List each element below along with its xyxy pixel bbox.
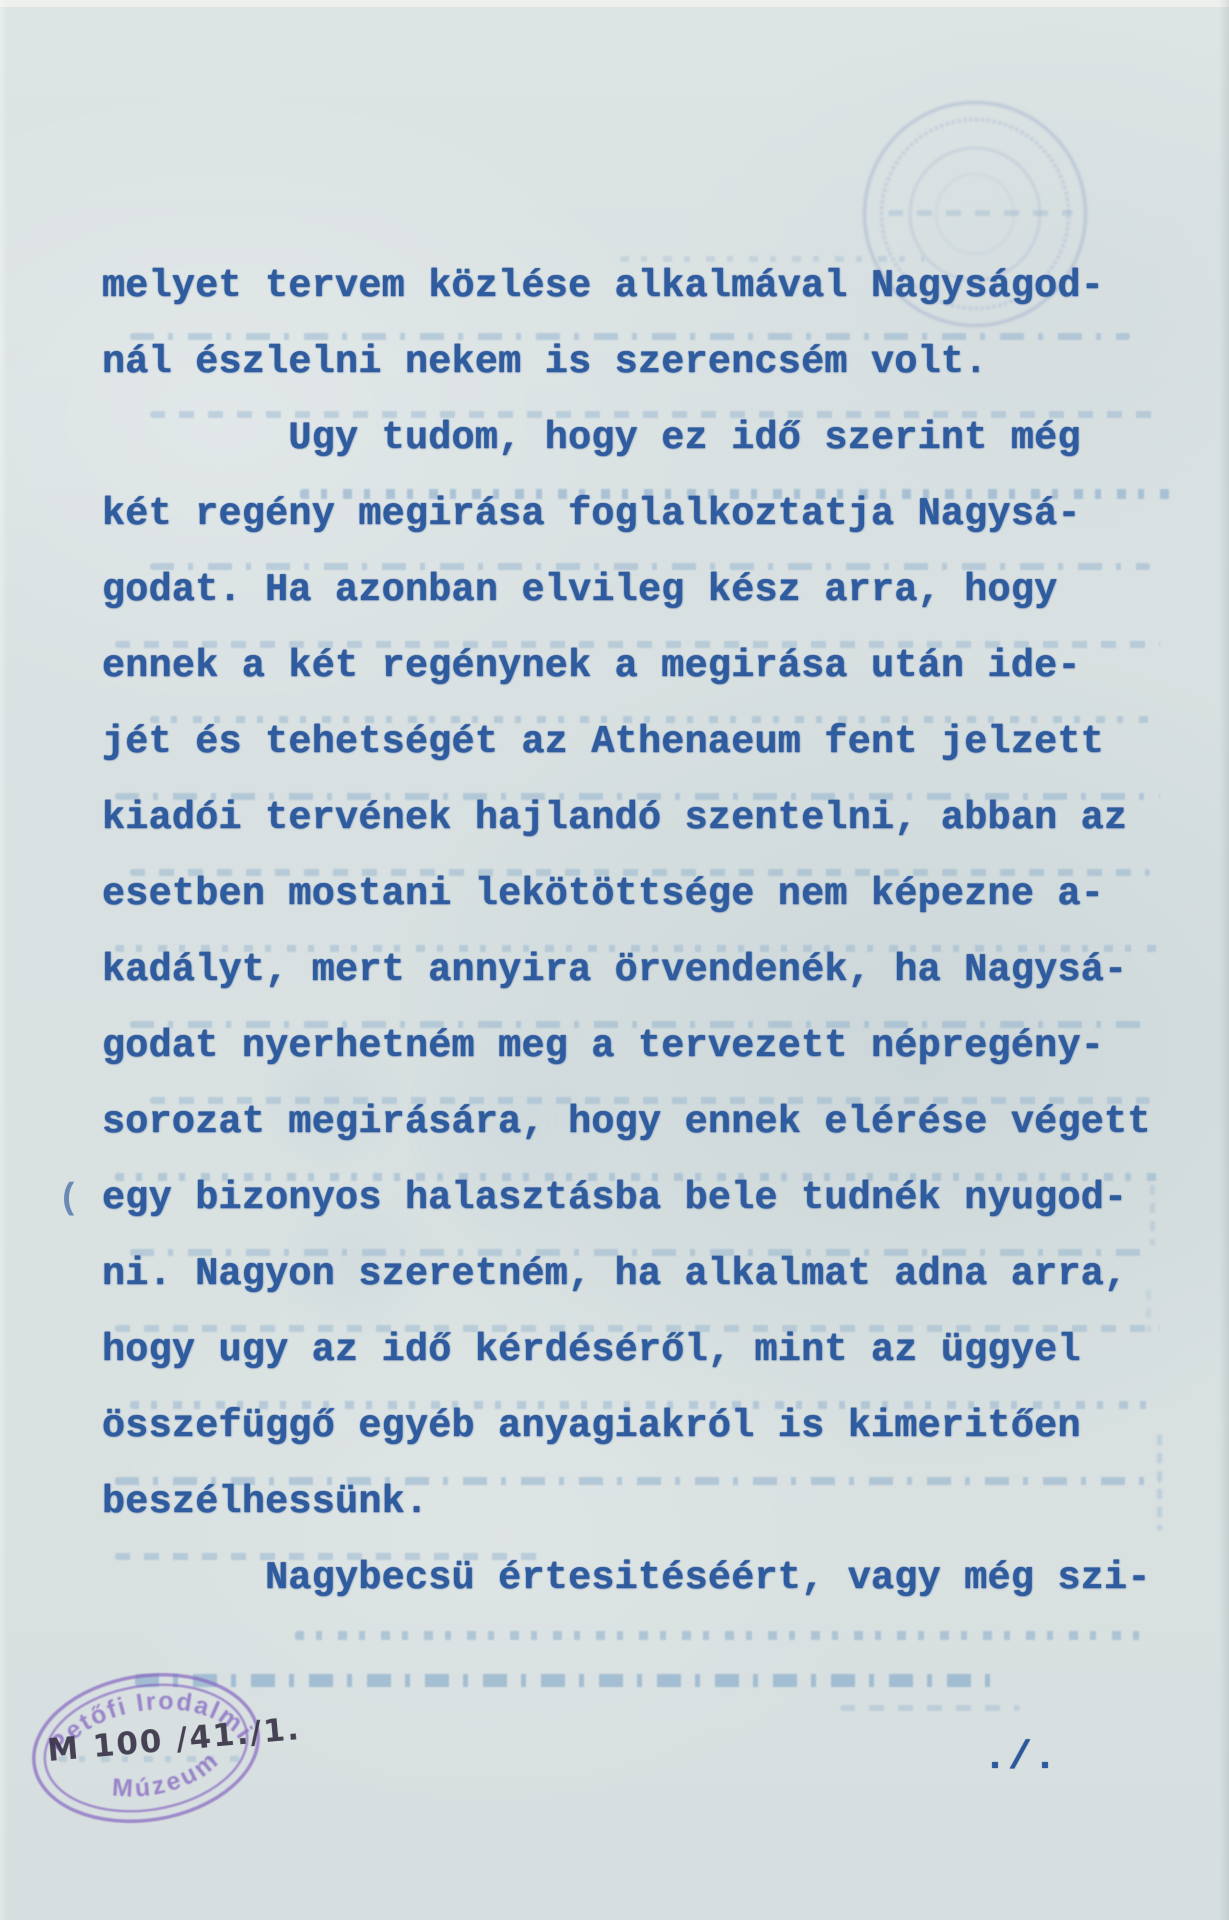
letter-line: egy bizonyos halasztásba bele tudnék nyu…: [102, 1160, 1151, 1236]
ghost-vertical-streak: [1157, 1435, 1162, 1530]
letter-line: melyet tervem közlése alkalmával Nagyság…: [102, 248, 1151, 324]
letter-line: beszélhessünk.: [102, 1464, 1151, 1540]
typed-letter-body: melyet tervem közlése alkalmával Nagyság…: [102, 248, 1151, 1616]
ghost-vertical-streak: [1150, 1185, 1155, 1245]
ghost-text-row: [840, 1705, 1020, 1711]
paper-right-edge: [1219, 0, 1229, 1920]
letter-line: kadályt, mert annyira örvendenék, ha Nag…: [102, 932, 1151, 1008]
continuation-mark: ./.: [983, 1736, 1058, 1781]
paper-left-edge: [0, 0, 8, 1920]
letter-line: godat. Ha azonban elvileg kész arra, hog…: [102, 552, 1151, 628]
ghost-text-row: [135, 1674, 1005, 1687]
letter-line: sorozat megirására, hogy ennek elérése v…: [102, 1084, 1151, 1160]
stray-ink-mark: (: [58, 1178, 80, 1219]
letter-line: Ugy tudom, hogy ez idő szerint még: [102, 400, 1151, 476]
letter-line: ennek a két regénynek a megirása után id…: [102, 628, 1151, 704]
scanned-letter-page: melyet tervem közlése alkalmával Nagyság…: [0, 0, 1229, 1920]
paper-top-edge: [0, 0, 1229, 7]
letter-line: esetben mostani lekötöttsége nem képezne…: [102, 856, 1151, 932]
letter-line: godat nyerhetném meg a tervezett népregé…: [102, 1008, 1151, 1084]
letter-line: két regény megirása foglalkoztatja Nagys…: [102, 476, 1151, 552]
letter-line: jét és tehetségét az Athenaeum fent jelz…: [102, 704, 1151, 780]
letter-line: ni. Nagyon szeretném, ha alkalmat adna a…: [102, 1236, 1151, 1312]
letter-line: hogy ugy az idő kérdéséről, mint az üggy…: [102, 1312, 1151, 1388]
letter-line: Nagybecsü értesitéséért, vagy még szi-: [102, 1540, 1151, 1616]
blind-stamp-core-ring: [935, 173, 1015, 255]
letter-line: kiadói tervének hajlandó szentelni, abba…: [102, 780, 1151, 856]
letter-line: összefüggő egyéb anyagiakról is kimeritő…: [102, 1388, 1151, 1464]
letter-line: nál észlelni nekem is szerencsém volt.: [102, 324, 1151, 400]
ghost-text-row: [295, 1631, 1155, 1640]
